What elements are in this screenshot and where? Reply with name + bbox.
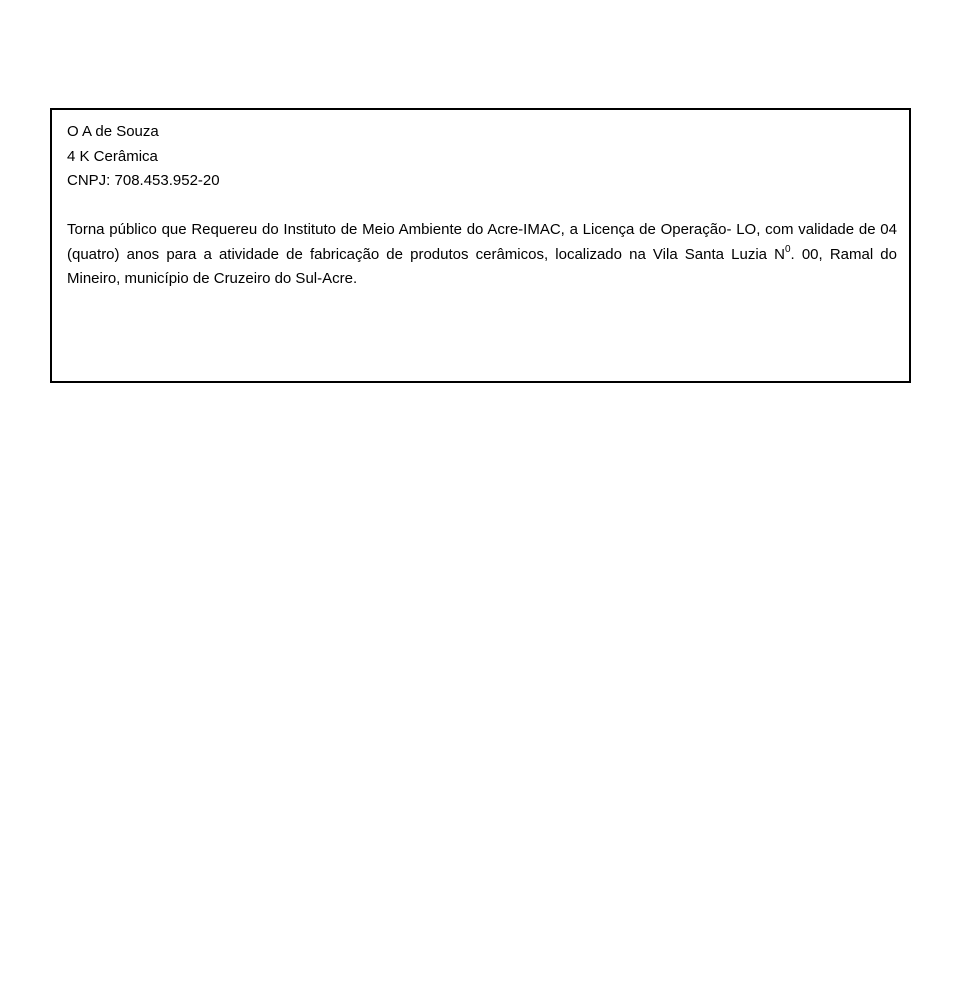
public-notice-box: O A de Souza 4 K Cerâmica CNPJ: 708.453.… (50, 108, 911, 383)
company-name: 4 K Cerâmica (67, 145, 897, 170)
number-superscript: 0 (785, 244, 791, 255)
applicant-name: O A de Souza (67, 120, 897, 145)
cnpj-number: CNPJ: 708.453.952-20 (67, 169, 897, 194)
paragraph-spacer (67, 194, 897, 219)
public-notice-content: O A de Souza 4 K Cerâmica CNPJ: 708.453.… (52, 110, 909, 292)
notice-paragraph: Torna público que Requereu do Instituto … (67, 218, 897, 292)
notice-text-part1: Torna público que Requereu do Instituto … (67, 221, 897, 263)
